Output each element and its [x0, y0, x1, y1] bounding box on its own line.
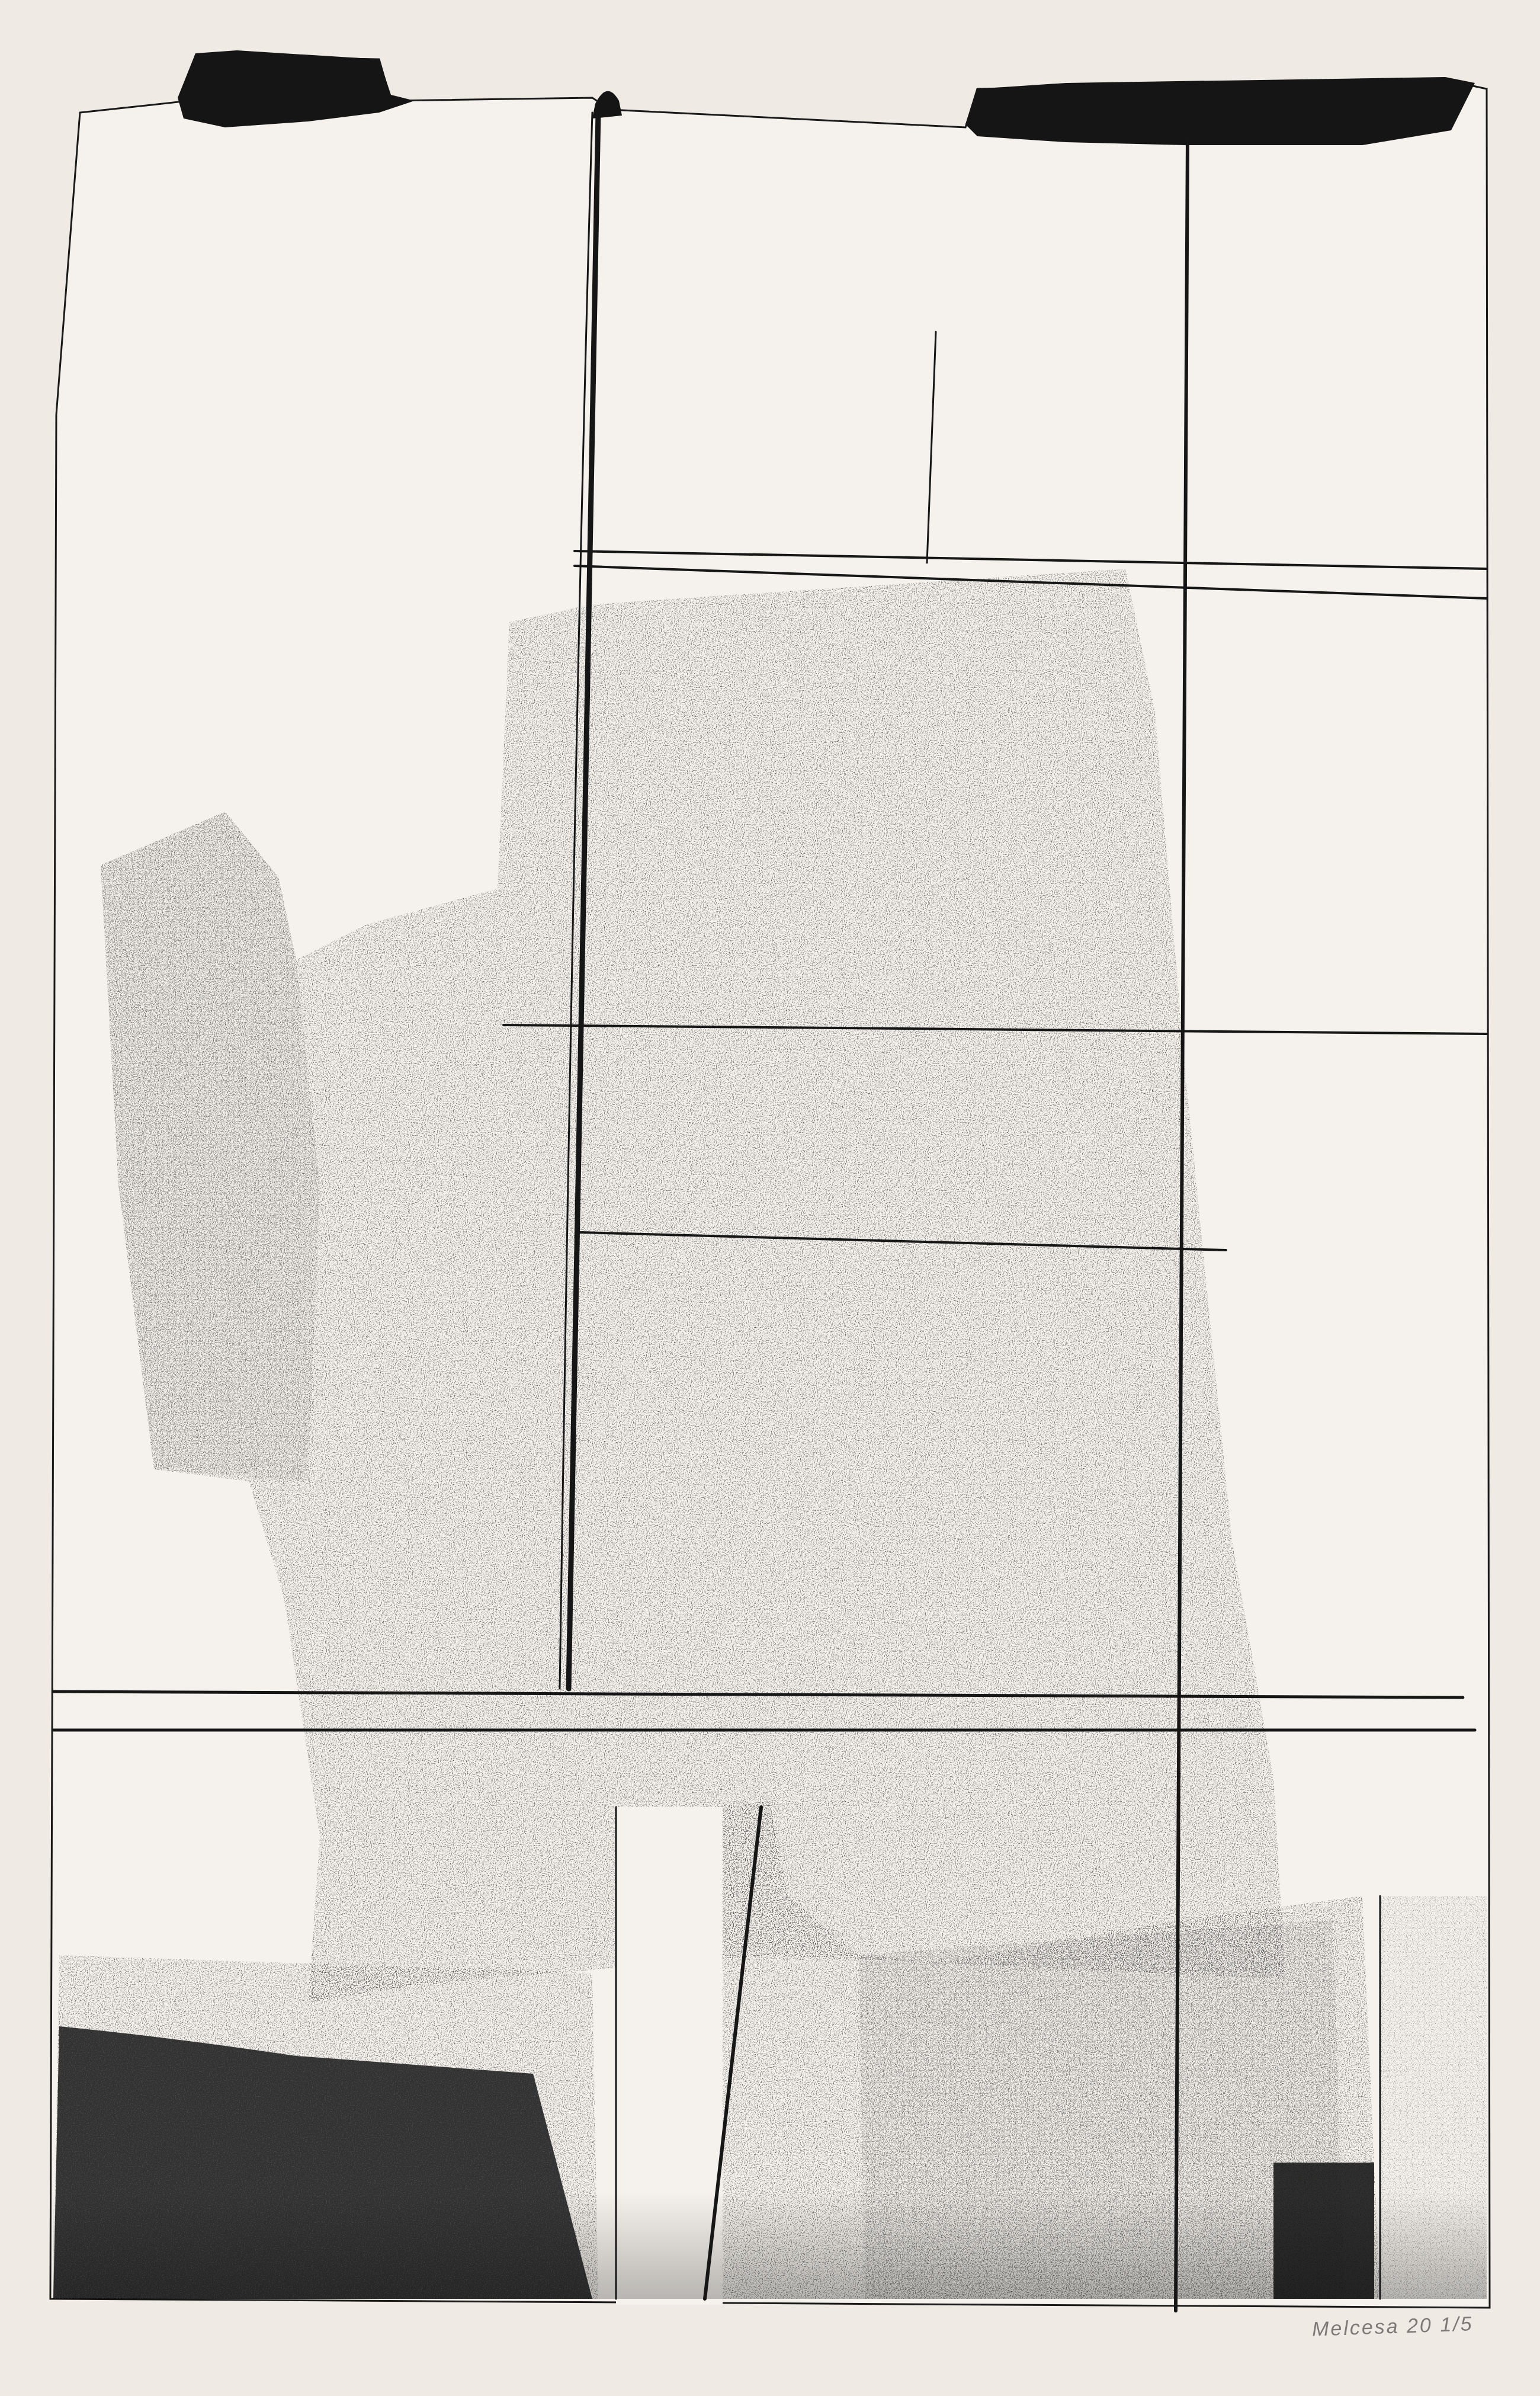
signature-year: 20 — [1406, 2314, 1433, 2338]
artwork-print — [0, 0, 1540, 2396]
signature-artist: Melcesa — [1311, 2315, 1400, 2341]
signature-edition: 1/5 — [1440, 2312, 1474, 2336]
